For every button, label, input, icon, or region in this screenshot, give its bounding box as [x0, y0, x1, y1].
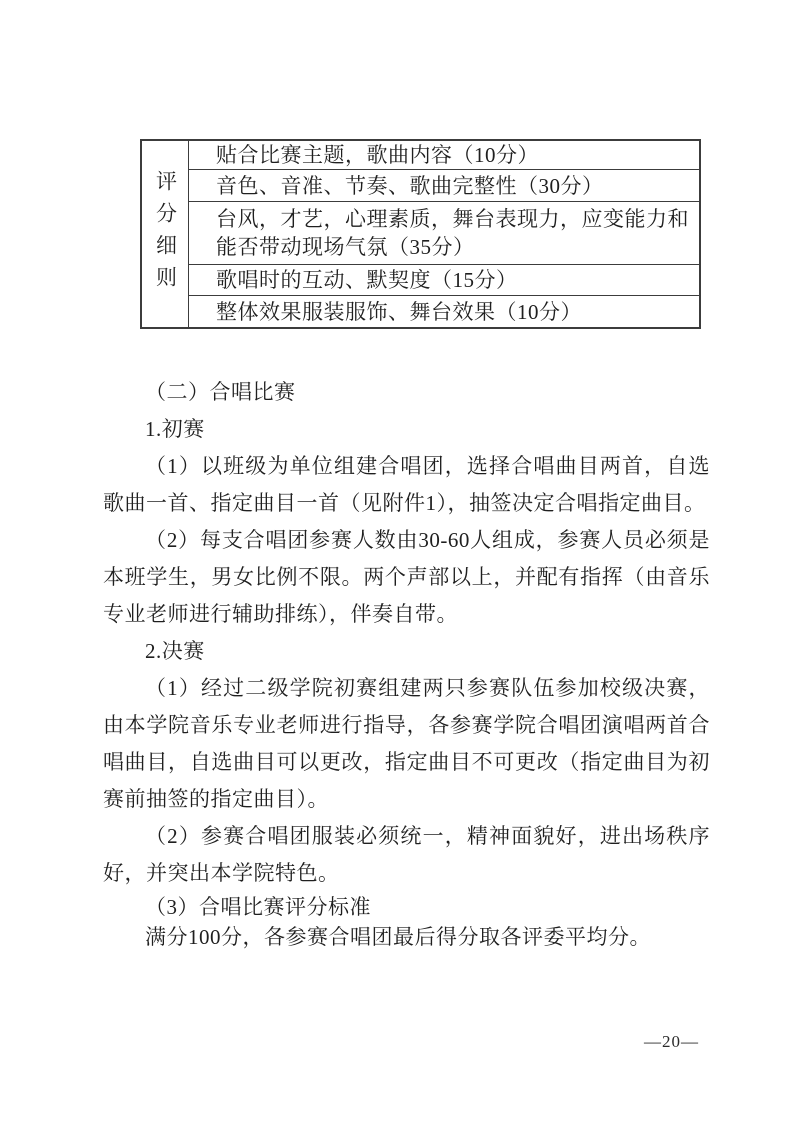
table-row: 贴合比赛主题，歌曲内容（10分）: [189, 141, 699, 169]
table-cell-text: 歌唱时的互动、默契度（15分）: [216, 266, 689, 294]
table-row-header-cell: 评分细则: [142, 141, 189, 327]
document-page: 评分细则 贴合比赛主题，歌曲内容（10分） 音色、音准、节奏、歌曲完整性（30分…: [0, 0, 793, 1122]
section-heading: （二）合唱比赛: [103, 374, 710, 411]
scoring-rules-table: 评分细则 贴合比赛主题，歌曲内容（10分） 音色、音准、节奏、歌曲完整性（30分…: [140, 139, 701, 329]
table-cell-text: 贴合比赛主题，歌曲内容（10分）: [216, 141, 689, 169]
table-row: 歌唱时的互动、默契度（15分）: [189, 264, 699, 295]
paragraph: （2）每支合唱团参赛人数由30-60人组成，参赛人员必须是本班学生，男女比例不限…: [103, 522, 710, 633]
page-number: —20—: [644, 1032, 699, 1052]
paragraph: （3）合唱比赛评分标准: [103, 892, 710, 922]
subsection-heading: 2.决赛: [103, 633, 710, 670]
table-row: 台风，才艺，心理素质，舞台表现力，应变能力和能否带动现场气氛（35分）: [189, 201, 699, 264]
document-body: （二）合唱比赛 1.初赛 （1）以班级为单位组建合唱团，选择合唱曲目两首，自选歌…: [103, 374, 710, 952]
table-row: 整体效果服装服饰、舞台效果（10分）: [189, 295, 699, 327]
table-row: 音色、音准、节奏、歌曲完整性（30分）: [189, 169, 699, 201]
table-body: 贴合比赛主题，歌曲内容（10分） 音色、音准、节奏、歌曲完整性（30分） 台风，…: [189, 141, 699, 327]
paragraph: 满分100分，各参赛合唱团最后得分取各评委平均分。: [103, 922, 710, 952]
table-cell-text: 台风，才艺，心理素质，舞台表现力，应变能力和能否带动现场气氛（35分）: [216, 205, 689, 261]
paragraph: （2）参赛合唱团服装必须统一，精神面貌好，进出场秩序好，并突出本学院特色。: [103, 818, 710, 892]
paragraph: （1）以班级为单位组建合唱团，选择合唱曲目两首，自选歌曲一首、指定曲目一首（见附…: [103, 448, 710, 522]
table-cell-text: 音色、音准、节奏、歌曲完整性（30分）: [216, 172, 689, 200]
subsection-heading: 1.初赛: [103, 411, 710, 448]
table-row-header-label: 评分细则: [155, 170, 176, 298]
paragraph: （1）经过二级学院初赛组建两只参赛队伍参加校级决赛，由本学院音乐专业老师进行指导…: [103, 670, 710, 818]
table-cell-text: 整体效果服装服饰、舞台效果（10分）: [216, 298, 689, 326]
